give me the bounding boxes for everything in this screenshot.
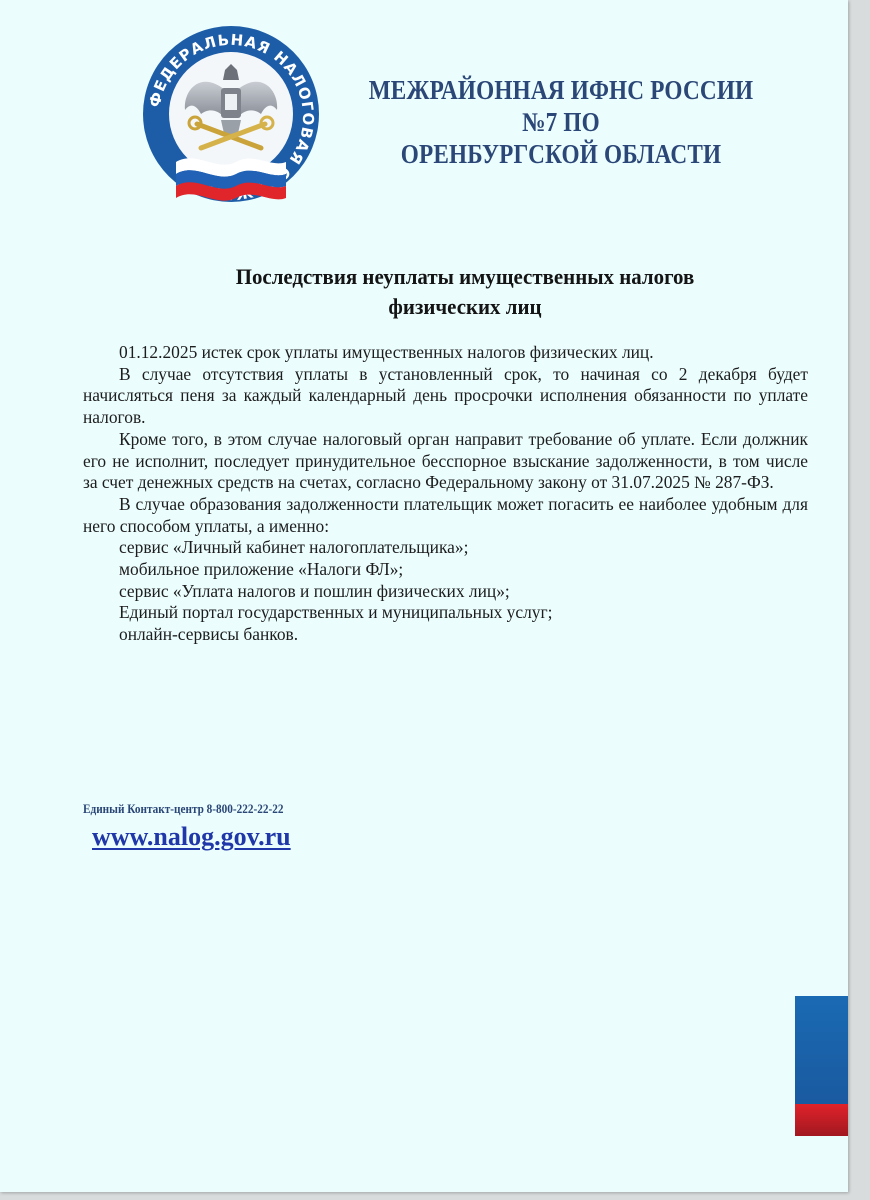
document-page: ФЕДЕРАЛЬНАЯ НАЛОГОВАЯ СЛУЖБА МЕЖРАЙОННАЯ… xyxy=(0,0,848,1192)
paragraph: В случае образования задолженности плате… xyxy=(83,494,808,537)
flag-stripe-decoration xyxy=(795,996,848,1136)
document-body: 01.12.2025 истек срок уплаты имущественн… xyxy=(83,342,808,646)
paragraph: Кроме того, в этом случае налоговый орга… xyxy=(83,429,808,494)
payment-method-item: сервис «Личный кабинет налогоплательщика… xyxy=(83,537,808,559)
payment-method-item: мобильное приложение «Налоги ФЛ»; xyxy=(83,559,808,581)
payment-method-item: онлайн-сервисы банков. xyxy=(83,624,808,646)
contact-center: Единый Контакт-центр 8-800-222-22-22 xyxy=(83,802,284,817)
paragraph: 01.12.2025 истек срок уплаты имущественн… xyxy=(83,342,808,364)
website-link[interactable]: www.nalog.gov.ru xyxy=(92,822,291,852)
fns-emblem-icon: ФЕДЕРАЛЬНАЯ НАЛОГОВАЯ СЛУЖБА xyxy=(136,22,326,212)
document-title: Последствия неуплаты имущественных налог… xyxy=(109,262,822,322)
organization-title: МЕЖРАЙОННАЯ ИФНС РОССИИ №7 ПООРЕНБУРГСКО… xyxy=(352,74,770,170)
paragraph: В случае отсутствия уплаты в установленн… xyxy=(83,364,808,429)
payment-method-item: сервис «Уплата налогов и пошлин физическ… xyxy=(83,581,808,603)
payment-method-item: Единый портал государственных и муниципа… xyxy=(83,602,808,624)
